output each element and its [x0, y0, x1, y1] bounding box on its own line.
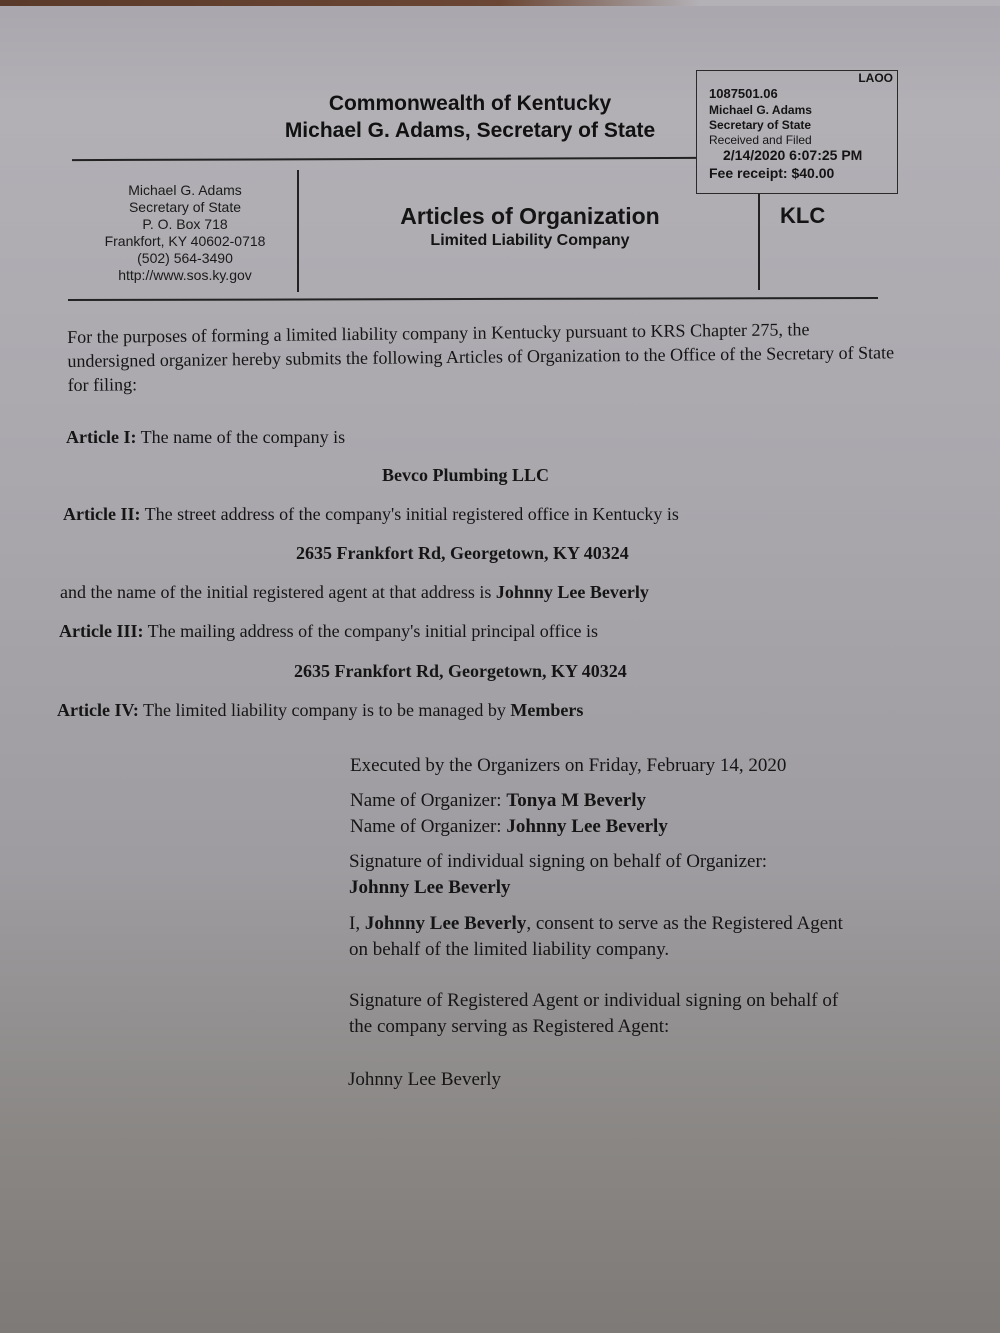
table-edge	[0, 0, 1000, 6]
article-3-label: Article III:	[59, 621, 143, 641]
agent-signature-name: Johnny Lee Beverly	[348, 1069, 908, 1091]
sos-po-box: P. O. Box 718	[90, 216, 280, 233]
form-subtitle: Limited Liability Company	[330, 230, 730, 252]
sos-website: http://www.sos.ky.gov	[90, 267, 280, 284]
header-divider-left	[297, 170, 299, 292]
filing-stamp: LAOO 1087501.06 Michael G. Adams Secreta…	[696, 70, 898, 194]
stamp-official-name: Michael G. Adams	[709, 103, 812, 117]
article-2-label: Article II:	[63, 504, 140, 524]
sos-address-block: Michael G. Adams Secretary of State P. O…	[90, 182, 280, 284]
sos-name: Michael G. Adams	[90, 182, 280, 199]
registered-agent-line: and the name of the initial registered a…	[60, 582, 649, 603]
article-4-text: The limited liability company is to be m…	[139, 700, 511, 720]
header-rule-bottom	[68, 297, 878, 301]
organizer-2-label: Name of Organizer:	[350, 816, 506, 837]
article-3-text: The mailing address of the company's ini…	[143, 621, 597, 641]
article-2: Article II: The street address of the co…	[63, 504, 679, 525]
article-1-label: Article I:	[66, 427, 136, 447]
article-4: Article IV: The limited liability compan…	[57, 700, 583, 721]
principal-office-address: 2635 Frankfort Rd, Georgetown, KY 40324	[294, 661, 627, 682]
agent-text: and the name of the initial registered a…	[60, 582, 496, 602]
stamp-status: Received and Filed	[709, 133, 812, 147]
stamp-official-title: Secretary of State	[709, 118, 811, 132]
sos-title: Secretary of State	[90, 199, 280, 216]
article-4-label: Article IV:	[57, 700, 139, 720]
article-2-text: The street address of the company's init…	[140, 504, 678, 524]
form-title: Articles of Organization	[330, 202, 730, 230]
article-1-text: The name of the company is	[136, 427, 345, 447]
stamp-datetime: 2/14/2020 6:07:25 PM	[723, 147, 862, 163]
office-code: LAOO	[858, 71, 893, 85]
agent-consent-line-2: on behalf of the limited liability compa…	[349, 939, 909, 961]
execution-date: Executed by the Organizers on Friday, Fe…	[350, 755, 910, 777]
intro-paragraph: For the purposes of forming a limited li…	[67, 316, 898, 397]
organizer-2-name: Johnny Lee Beverly	[506, 816, 668, 837]
consent-prefix: I,	[349, 913, 365, 934]
header-rule-top	[72, 157, 696, 161]
organizer-signature-name: Johnny Lee Beverly	[349, 877, 909, 899]
organizer-2: Name of Organizer: Johnny Lee Beverly	[350, 816, 910, 838]
agent-signature-label-1: Signature of Registered Agent or individ…	[349, 990, 909, 1012]
organizer-1-label: Name of Organizer:	[350, 790, 506, 811]
sos-phone: (502) 564-3490	[90, 250, 280, 267]
registered-agent-name: Johnny Lee Beverly	[496, 582, 649, 602]
article-3: Article III: The mailing address of the …	[59, 621, 598, 642]
header-line-2: Michael G. Adams, Secretary of State	[250, 117, 690, 144]
consent-agent-name: Johnny Lee Beverly	[365, 913, 527, 934]
sos-city: Frankfort, KY 40602-0718	[90, 233, 280, 250]
filing-number: 1087501.06	[709, 86, 778, 101]
header-line-1: Commonwealth of Kentucky	[250, 90, 690, 117]
organizer-signature-label: Signature of individual signing on behal…	[349, 851, 909, 873]
management-type: Members	[510, 700, 583, 720]
agent-consent-line-1: I, Johnny Lee Beverly, consent to serve …	[349, 913, 909, 935]
stamp-fee: Fee receipt: $40.00	[709, 165, 834, 181]
header-title: Commonwealth of Kentucky Michael G. Adam…	[250, 90, 690, 144]
header-divider-right	[758, 194, 760, 290]
company-name: Bevco Plumbing LLC	[382, 465, 549, 486]
organizer-1-name: Tonya M Beverly	[506, 790, 646, 811]
form-code: KLC	[780, 203, 825, 229]
consent-text: , consent to serve as the Registered Age…	[526, 913, 843, 934]
agent-signature-label-2: the company serving as Registered Agent:	[349, 1016, 909, 1038]
article-1: Article I: The name of the company is	[66, 427, 345, 448]
organizer-1: Name of Organizer: Tonya M Beverly	[350, 790, 910, 812]
form-title-block: Articles of Organization Limited Liabili…	[330, 202, 730, 252]
registered-office-address: 2635 Frankfort Rd, Georgetown, KY 40324	[296, 543, 629, 564]
